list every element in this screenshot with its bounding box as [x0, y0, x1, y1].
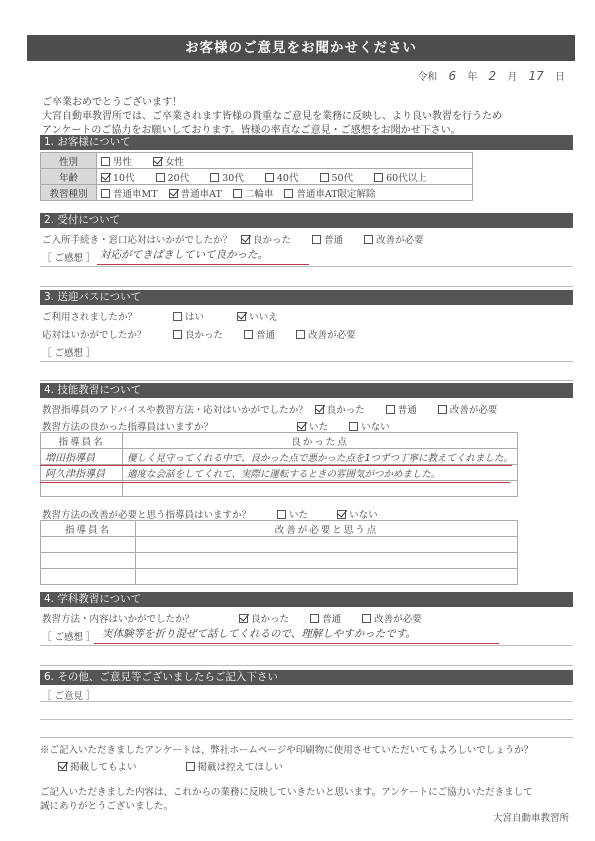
checkbox-icon[interactable]	[320, 173, 329, 182]
option-yes[interactable]: いた	[297, 419, 328, 433]
option-average[interactable]: 普通	[386, 402, 417, 416]
option-good[interactable]: 良かった	[239, 611, 289, 625]
gender-row: 性別 男性 女性	[41, 153, 473, 169]
intro-line: ご卒業おめでとうございます！	[42, 96, 572, 110]
checked-checkbox-icon[interactable]	[241, 235, 250, 244]
checked-checkbox-icon[interactable]	[153, 157, 162, 166]
bus-usage-row: ご利用されましたか？ はい いいえ	[42, 309, 296, 323]
consent-options: 掲載してもよい 掲載は控えてほしい	[58, 759, 301, 773]
option-40s[interactable]: 40代	[265, 170, 299, 184]
checked-checkbox-icon[interactable]	[101, 173, 110, 182]
date-day-unit: 日	[555, 72, 565, 83]
option-average[interactable]: 普通	[244, 327, 275, 341]
option-20s[interactable]: 20代	[156, 170, 190, 184]
date-field: 令和 6 年 2 月 17 日	[417, 68, 565, 83]
checkbox-icon[interactable]	[364, 235, 373, 244]
option-no[interactable]: いない	[349, 419, 390, 433]
option-motorcycle[interactable]: 二輪車	[233, 186, 274, 200]
option-50s[interactable]: 50代	[320, 170, 354, 184]
age-row: 年齢 10代 20代 30代 40代 50代 60代以上	[41, 169, 473, 185]
option-at-limit-removal[interactable]: 普通車AT限定解除	[284, 186, 375, 200]
section-5-header: 4. 学科教習について	[40, 592, 573, 607]
improvement-points-cell[interactable]	[136, 553, 518, 569]
reception-comment[interactable]: 対応がてきぱきしていて良かった。	[100, 247, 268, 262]
section-6-header: 6. その他、ご意見等ございましたらご記入下さい	[40, 670, 573, 685]
consent-question: ※ご記入いただきましたアンケートは、弊社ホームページや印刷物に使用させていただい…	[40, 744, 533, 758]
comment-line	[40, 665, 573, 666]
improvement-points-cell[interactable]	[136, 537, 518, 553]
option-good[interactable]: 良かった	[241, 232, 291, 246]
option-good[interactable]: 良かった	[173, 327, 223, 341]
date-month[interactable]: 2	[489, 69, 497, 83]
checkbox-icon[interactable]	[101, 157, 110, 166]
checkbox-icon[interactable]	[374, 173, 383, 182]
option-60s-plus[interactable]: 60代以上	[374, 170, 427, 184]
reception-question-row: ご入所手続き・窓口応対はいかがでしたか？ 良かった 普通 改善が必要	[42, 232, 442, 246]
option-at[interactable]: 普通車AT	[169, 186, 222, 200]
red-underline	[40, 465, 512, 466]
option-good[interactable]: 良かった	[315, 402, 365, 416]
date-year-unit: 年	[467, 72, 477, 83]
checkbox-icon[interactable]	[362, 614, 371, 623]
option-yes[interactable]: いた	[277, 507, 308, 521]
checked-checkbox-icon[interactable]	[58, 762, 67, 771]
checked-checkbox-icon[interactable]	[315, 405, 324, 414]
option-female[interactable]: 女性	[153, 154, 184, 168]
table-row: 阿久津指導員 適度な会話をしてくれて、実際に運転するときの雰囲気がつかめました。	[41, 465, 518, 481]
section-4-header: 4. 技能教習について	[40, 383, 573, 398]
reception-comment-label: ［ ご感想 ］	[42, 250, 96, 264]
improve-instructor-table: 指導員名 改善が必要と思う点	[40, 520, 518, 585]
comment-line	[40, 286, 573, 287]
checkbox-icon[interactable]	[156, 173, 165, 182]
option-needs-improvement[interactable]: 改善が必要	[296, 327, 356, 341]
gender-label: 性別	[41, 153, 97, 169]
table-row	[41, 569, 518, 585]
bus-service-question: 応対はいかがでしたか？	[42, 327, 170, 341]
classroom-comment-label: ［ ご感想 ］	[42, 629, 96, 643]
option-10s[interactable]: 10代	[101, 170, 135, 184]
checkbox-icon[interactable]	[173, 330, 182, 339]
table-row: 増田指導員 優しく見守ってくれる中で、良かった点で悪かった点を1つずつ丁寧に教え…	[41, 449, 518, 465]
instructor-name-cell[interactable]: 増田指導員	[41, 449, 123, 465]
customer-info-table: 性別 男性 女性 年齢 10代 20代 30代 40代 50代 60代以上 教習…	[40, 152, 473, 201]
checked-checkbox-icon[interactable]	[297, 422, 306, 431]
comment-line[interactable]	[40, 380, 573, 381]
column-header-instructor: 指導員名	[41, 433, 123, 449]
comment-line[interactable]	[40, 361, 573, 362]
checkbox-icon[interactable]	[173, 312, 182, 321]
checkbox-icon[interactable]	[277, 510, 286, 519]
checkbox-icon[interactable]	[244, 330, 253, 339]
bus-usage-question: ご利用されましたか？	[42, 309, 170, 323]
checked-checkbox-icon[interactable]	[337, 510, 346, 519]
option-needs-improvement[interactable]: 改善が必要	[364, 232, 424, 246]
course-type-row: 教習種別 普通車MT 普通車AT 二輪車 普通車AT限定解除	[41, 185, 473, 201]
checkbox-icon[interactable]	[186, 762, 195, 771]
reception-question: ご入所手続き・窓口応対はいかがでしたか？	[42, 235, 232, 246]
table-row	[41, 537, 518, 553]
intro-line: 大宮自動車教習所では、ご卒業されます皆様の貴重なご意見を業務に反映し、より良い教…	[42, 110, 572, 124]
checkbox-icon[interactable]	[284, 189, 293, 198]
column-header-improvement-points: 改善が必要と思う点	[136, 521, 518, 537]
checked-checkbox-icon[interactable]	[239, 614, 248, 623]
option-yes[interactable]: はい	[173, 309, 204, 323]
survey-form: お客様のご意見をお聞かせください 令和 6 年 2 月 17 日 ご卒業おめでと…	[0, 0, 595, 841]
option-publish-ok[interactable]: 掲載してもよい	[58, 759, 137, 773]
option-30s[interactable]: 30代	[210, 170, 244, 184]
option-average[interactable]: 普通	[310, 611, 341, 625]
checked-checkbox-icon[interactable]	[237, 312, 246, 321]
intro-text: ご卒業おめでとうございます！ 大宮自動車教習所では、ご卒業されます皆様の貴重なご…	[42, 96, 572, 138]
thanks-text: ご記入いただきました内容は、これからの業務に反映していきたいと思います。アンケー…	[40, 786, 533, 814]
date-year[interactable]: 6	[449, 69, 457, 83]
date-day[interactable]: 17	[529, 69, 544, 83]
checkbox-icon[interactable]	[210, 173, 219, 182]
column-header-instructor: 指導員名	[41, 521, 136, 537]
bus-service-row: 応対はいかがでしたか？ 良かった 普通 改善が必要	[42, 327, 374, 341]
option-needs-improvement[interactable]: 改善が必要	[438, 402, 498, 416]
option-needs-improvement[interactable]: 改善が必要	[362, 611, 422, 625]
instructor-rating-row: 教習指導員のアドバイスや教習方法・応対はいかがでしたか？ 良かった 普通 改善が…	[42, 402, 515, 416]
checkbox-icon[interactable]	[349, 422, 358, 431]
checkbox-icon[interactable]	[265, 173, 274, 182]
section-1-header: 1. お客様について	[40, 135, 573, 150]
option-average[interactable]: 普通	[312, 232, 343, 246]
instructor-name-cell[interactable]	[41, 537, 136, 553]
checked-checkbox-icon[interactable]	[169, 189, 178, 198]
column-header-good-points: 良かった点	[123, 433, 518, 449]
instructor-rating-question: 教習指導員のアドバイスや教習方法・応対はいかがでしたか？	[42, 405, 308, 416]
comment-line	[40, 266, 573, 267]
bus-comment-label: ［ ご感想 ］	[42, 345, 96, 359]
date-month-unit: 月	[507, 72, 517, 83]
good-instructor-row: 教習方法の良かった指導員はいますか？ いた いない	[42, 419, 408, 433]
option-male[interactable]: 男性	[101, 154, 132, 168]
good-points-cell[interactable]: 適度な会話をしてくれて、実際に運転するときの雰囲気がつかめました。	[123, 465, 518, 481]
improve-instructor-question: 教習方法の改善が必要と思う指導員はいますか？	[42, 507, 274, 521]
option-no[interactable]: いいえ	[237, 309, 278, 323]
date-era: 令和	[417, 72, 437, 83]
checkbox-icon[interactable]	[296, 330, 305, 339]
red-underline	[97, 264, 309, 265]
comment-line[interactable]	[40, 719, 573, 720]
improve-instructor-row: 教習方法の改善が必要と思う指導員はいますか？ いた いない	[42, 507, 396, 521]
other-comment-label: ［ ご意見 ］	[42, 688, 96, 702]
section-3-header: 3. 送迎バスについて	[40, 290, 573, 305]
option-mt[interactable]: 普通車MT	[101, 186, 158, 200]
instructor-name-cell[interactable]	[41, 553, 136, 569]
course-type-label: 教習種別	[41, 185, 97, 201]
checkbox-icon[interactable]	[101, 189, 110, 198]
thanks-line: 誠にありがとうございました。	[40, 800, 533, 814]
classroom-rating-question: 教習方法・内容はいかがでしたか？	[42, 611, 236, 625]
thanks-line: ご記入いただきました内容は、これからの業務に反映していきたいと思います。アンケー…	[40, 786, 533, 800]
instructor-name-cell[interactable]: 阿久津指導員	[41, 465, 123, 481]
checkbox-icon[interactable]	[438, 405, 447, 414]
comment-line	[40, 645, 573, 646]
red-underline	[94, 643, 499, 644]
checkbox-icon[interactable]	[386, 405, 395, 414]
option-publish-no[interactable]: 掲載は控えてほしい	[186, 759, 284, 773]
option-no[interactable]: いない	[337, 507, 378, 521]
comment-line[interactable]	[40, 701, 573, 702]
age-label: 年齢	[41, 169, 97, 185]
checkbox-icon[interactable]	[233, 189, 242, 198]
improvement-points-cell[interactable]	[136, 569, 518, 585]
comment-line[interactable]	[40, 737, 573, 738]
good-instructor-question: 教習方法の良かった指導員はいますか？	[42, 419, 294, 433]
good-points-cell[interactable]: 優しく見守ってくれる中で、良かった点で悪かった点を1つずつ丁寧に教えてくれました…	[123, 449, 518, 465]
classroom-rating-row: 教習方法・内容はいかがでしたか？ 良かった 普通 改善が必要	[42, 611, 440, 625]
section-2-header: 2. 受付について	[40, 213, 573, 228]
instructor-name-cell[interactable]	[41, 569, 136, 585]
classroom-comment[interactable]: 実体験等を折り混ぜて話してくれるので、理解しやすかったです。	[102, 626, 416, 641]
checkbox-icon[interactable]	[310, 614, 319, 623]
red-underline	[40, 482, 510, 483]
form-title: お客様のご意見をお聞かせください	[27, 35, 575, 61]
signature: 大宮自動車教習所	[493, 812, 569, 826]
table-row	[41, 553, 518, 569]
checkbox-icon[interactable]	[312, 235, 321, 244]
